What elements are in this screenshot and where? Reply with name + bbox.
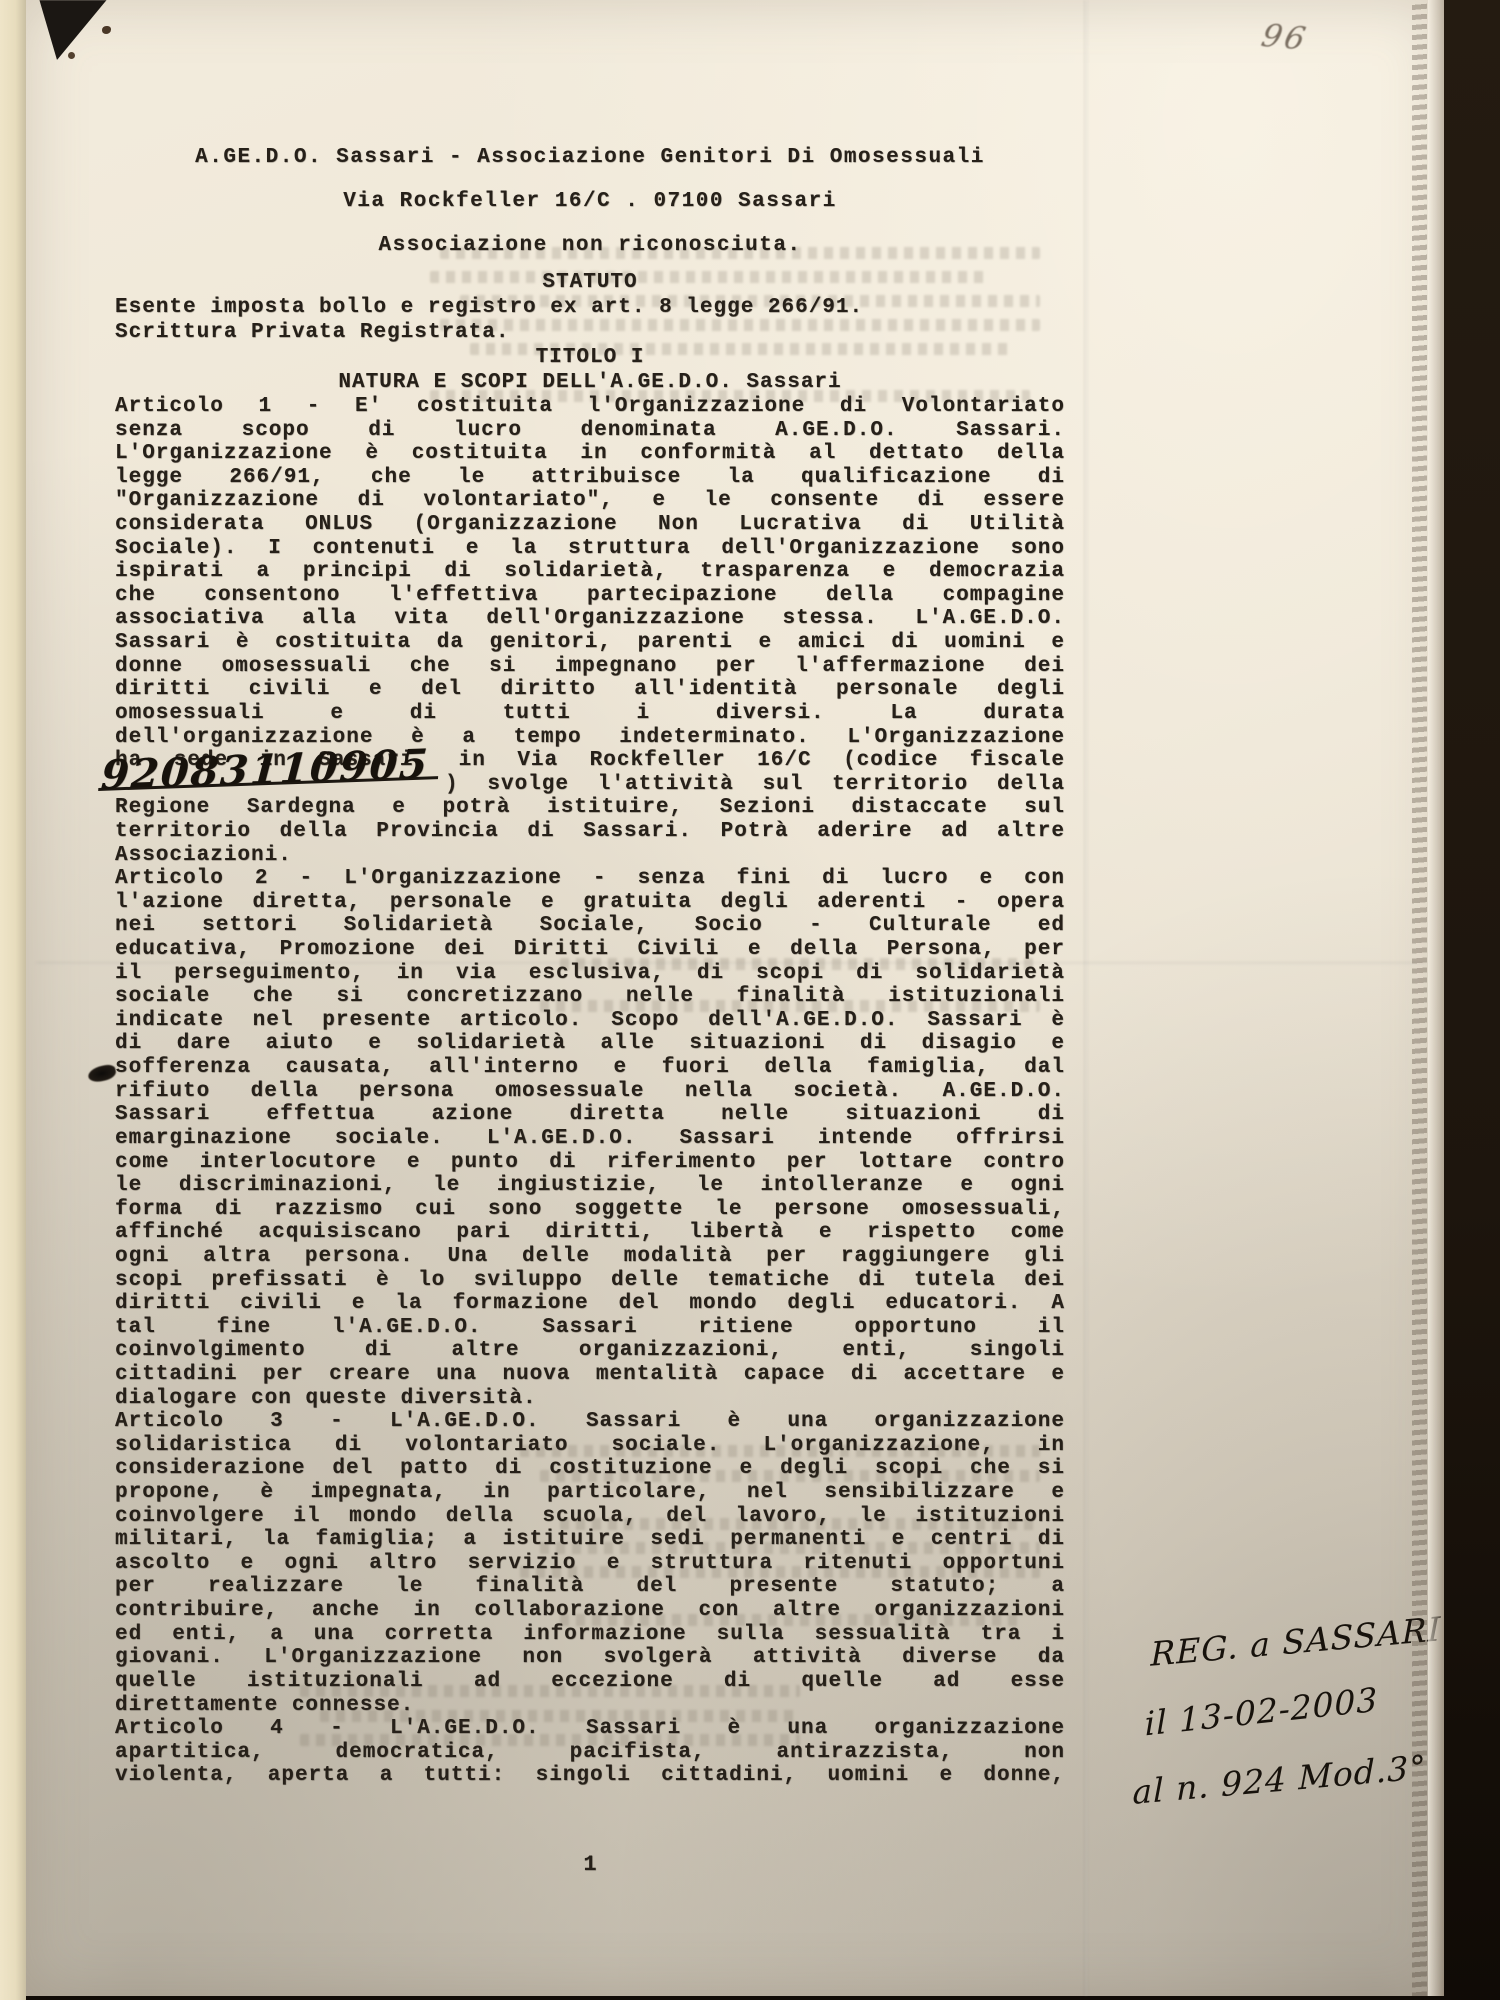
paper-speck: [68, 52, 75, 59]
text-line: Articolo 1 - E' costituita l'Organizzazi…: [115, 395, 1065, 419]
text-line: cittadini per creare una nuova mentalità…: [115, 1363, 1065, 1387]
text-line: dialogare con queste diversità.: [115, 1387, 1065, 1411]
text-line: emarginazione sociale. L'A.GE.D.O. Sassa…: [115, 1127, 1065, 1151]
text-line: come interlocutore e punto di riferiment…: [115, 1151, 1065, 1175]
text-line: Articolo 4 - L'A.GE.D.O. Sassari è una o…: [115, 1717, 1065, 1741]
paper-right-rim: [1428, 0, 1444, 1996]
text-line: sociale che si concretizzano nelle final…: [115, 985, 1065, 1009]
text-line: coinvolgere il mondo della scuola, del l…: [115, 1505, 1065, 1529]
text-line: militari, la famiglia; a istituire sedi …: [115, 1528, 1065, 1552]
table-surface-edge: [0, 0, 26, 2000]
text-line: scopi prefissati è lo sviluppo delle tem…: [115, 1269, 1065, 1293]
text-line: le discriminazioni, le ingiustizie, le i…: [115, 1174, 1065, 1198]
text-line: Articolo 2 - L'Organizzazione - senza fi…: [115, 867, 1065, 891]
text-line: omosessuali e di tutti i diversi. La dur…: [115, 702, 1065, 726]
header-address: Via Rockfeller 16/C . 07100 Sassari: [115, 180, 1065, 224]
text-line: il perseguimento, in via esclusiva, di s…: [115, 962, 1065, 986]
text-line: donne omosessuali che si impegnano per l…: [115, 655, 1065, 679]
titolo-heading: TITOLO I: [115, 345, 1065, 370]
text-line: indicate nel presente articolo. Scopo de…: [115, 1009, 1065, 1033]
text-line: per realizzare le finalità del presente …: [115, 1575, 1065, 1599]
text-line: violenta, aperta a tutti: singoli cittad…: [115, 1764, 1065, 1788]
text-line: ispirati a principi di solidarietà, tras…: [115, 560, 1065, 584]
paper-speck: [102, 26, 111, 34]
text-line: ed enti, a una corretta informazione sul…: [115, 1623, 1065, 1647]
text-line: L'Organizzazione è costituita in conform…: [115, 442, 1065, 466]
text-line: Sassari effettua azione diretta nelle si…: [115, 1103, 1065, 1127]
page-number: 1: [115, 1852, 1065, 1877]
text-line: coinvolgimento di altre organizzazioni, …: [115, 1339, 1065, 1363]
text-line: legge 266/91, che le attribuisce la qual…: [115, 466, 1065, 490]
text-line: 92083110905)svolgel'attivitàsulterritori…: [115, 773, 1065, 797]
text-line: affinché acquisiscano pari diritti, libe…: [115, 1221, 1065, 1245]
registration-line-2: il 13-02-2003: [1144, 1680, 1378, 1744]
text-line: solidaristica di volontariato sociale. L…: [115, 1434, 1065, 1458]
text-line: giovani. L'Organizzazione non svolgerà a…: [115, 1646, 1065, 1670]
text-line: Regione Sardegna e potrà istituire, Sezi…: [115, 796, 1065, 820]
text-line: nei settori Solidarietà Sociale, Socio -…: [115, 914, 1065, 938]
text-line: Sociale). I contenuti e la struttura del…: [115, 537, 1065, 561]
torn-spiral-edge: [1412, 0, 1427, 1996]
text-line: considerazione del patto di costituzione…: [115, 1457, 1065, 1481]
header-org-name: A.GE.D.O. Sassari - Associazione Genitor…: [115, 136, 1065, 180]
document-photo: 96 A.GE.D.O. Sassari - Associazione Geni…: [0, 0, 1500, 2000]
text-line: Articolo 3 - L'A.GE.D.O. Sassari è una o…: [115, 1410, 1065, 1434]
text-line: "Organizzazione di volontariato", e le c…: [115, 489, 1065, 513]
text-line: educativa, Promozione dei Diritti Civili…: [115, 938, 1065, 962]
text-line: ascolto e ogni altro servizio e struttur…: [115, 1552, 1065, 1576]
header-association-status: Associazione non riconosciuta.: [115, 224, 1065, 268]
text-line: contribuire, anche in collaborazione con…: [115, 1599, 1065, 1623]
codice-fiscale-handwritten: 92083110905: [98, 752, 440, 791]
text-line: considerata ONLUS (Organizzazione Non Lu…: [115, 513, 1065, 537]
statute-body: Articolo 1 - E' costituita l'Organizzazi…: [115, 395, 1065, 1788]
text-line: diritti civili e del diritto all'identit…: [115, 678, 1065, 702]
registration-line-3: al n. 924 Mod.3°: [1133, 1747, 1427, 1812]
text-line: quelle istituzionali ad eccezione di que…: [115, 1670, 1065, 1694]
text-line: che consentono l'effettiva partecipazion…: [115, 584, 1065, 608]
text-line: senza scopo di lucro denominata A.GE.D.O…: [115, 419, 1065, 443]
text-line: apartitica, democratica, pacifista, anti…: [115, 1741, 1065, 1765]
registered-deed-line: Scrittura Privata Registrata.: [115, 320, 1065, 345]
text-line: Associazioni.: [115, 844, 1065, 868]
statuto-title: STATUTO: [115, 270, 1065, 295]
dark-corner-object: [33, 0, 113, 60]
typewritten-text-column: A.GE.D.O. Sassari - Associazione Genitor…: [115, 136, 1065, 1788]
text-line: forma di razzismo cui sono soggette le p…: [115, 1198, 1065, 1222]
text-line: Sassari è costituita da genitori, parent…: [115, 631, 1065, 655]
vertical-crease: [1084, 0, 1088, 1996]
text-line: diritti civili e la formazione del mondo…: [115, 1292, 1065, 1316]
pencil-page-mark: 96: [1258, 18, 1311, 57]
text-line: ogni altra persona. Una delle modalità p…: [115, 1245, 1065, 1269]
text-line: di dare aiuto e solidarietà alle situazi…: [115, 1032, 1065, 1056]
text-line: territorio della Provincia di Sassari. P…: [115, 820, 1065, 844]
section-heading: NATURA E SCOPI DELL'A.GE.D.O. Sassari: [115, 370, 1065, 395]
text-line: propone, è impegnata, in particolare, ne…: [115, 1481, 1065, 1505]
ink-smudge: [87, 1063, 118, 1083]
paper-sheet: 96 A.GE.D.O. Sassari - Associazione Geni…: [26, 0, 1444, 1996]
registration-line-1: REG. a SASSARI: [1151, 1609, 1442, 1674]
tax-exemption-line: Esente imposta bollo e registro ex art. …: [115, 295, 1065, 320]
text-line: sofferenza causata, all'interno e fuori …: [115, 1056, 1065, 1080]
text-line: associativa alla vita dell'Organizzazion…: [115, 607, 1065, 631]
text-line: tal fine l'A.GE.D.O. Sassari ritiene opp…: [115, 1316, 1065, 1340]
text-line: l'azione diretta, personale e gratuita d…: [115, 891, 1065, 915]
text-line: direttamente connesse.: [115, 1694, 1065, 1718]
text-line: rifiuto della persona omosessuale nella …: [115, 1080, 1065, 1104]
